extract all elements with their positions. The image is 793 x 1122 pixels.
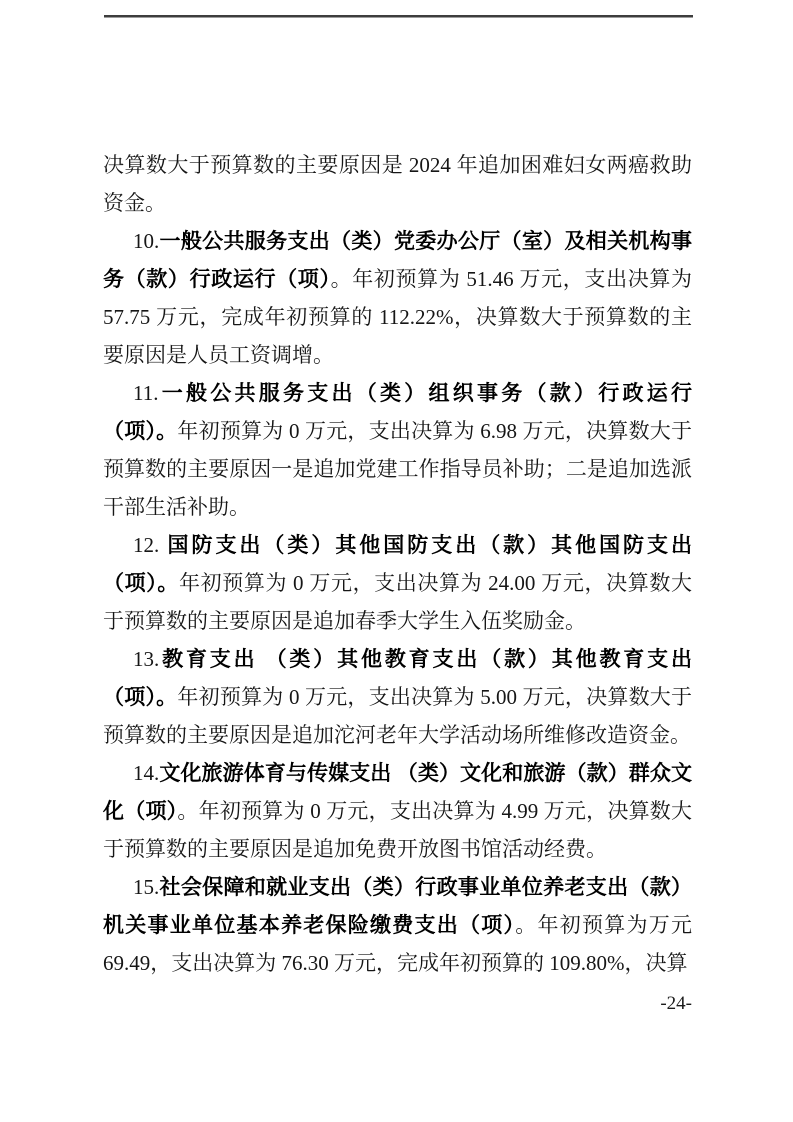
paragraph: 决算数大于预算数的主要原因是 2024 年追加困难妇女两癌救助资金。: [103, 146, 692, 222]
paragraph: 14.文化旅游体育与传媒支出 （类）文化和旅游（款）群众文化（项）。年初预算为 …: [103, 754, 692, 868]
paragraph: 13.教育支出 （类）其他教育支出（款）其他教育支出（项）。年初预算为 0 万元…: [103, 640, 692, 754]
body-run: 。年初预算为 0 万元，支出决算为 4.99 万元，决算数大于预算数的主要原因是…: [103, 799, 692, 861]
paragraph: 12. 国防支出（类）其他国防支出（款）其他国防支出（项）。年初预算为 0 万元…: [103, 526, 692, 640]
document-body: 决算数大于预算数的主要原因是 2024 年追加困难妇女两癌救助资金。10.一般公…: [103, 146, 692, 982]
body-run: 年初预算为 0 万元，支出决算为 24.00 万元，决算数大于预算数的主要原因是…: [103, 571, 692, 633]
body-run: 11.: [133, 381, 158, 405]
header-rule: [104, 15, 693, 18]
paragraph: 15.社会保障和就业支出（类）行政事业单位养老支出（款）机关事业单位基本养老保险…: [103, 868, 692, 982]
body-run: 年初预算为 0 万元，支出决算为 5.00 万元，决算数大于预算数的主要原因是追…: [103, 685, 692, 747]
body-run: 10.: [133, 229, 159, 253]
document-page: 决算数大于预算数的主要原因是 2024 年追加困难妇女两癌救助资金。10.一般公…: [0, 0, 793, 1122]
body-run: 年初预算为 0 万元，支出决算为 6.98 万元，决算数大于预算数的主要原因一是…: [103, 419, 692, 519]
page-number: -24-: [103, 992, 692, 1016]
body-run: 15.: [133, 875, 159, 899]
body-run: 决算数大于预算数的主要原因是 2024 年追加困难妇女两癌救助资金。: [103, 153, 692, 215]
body-run: 14.: [133, 761, 159, 785]
paragraph: 11.一般公共服务支出（类）组织事务（款）行政运行（项）。年初预算为 0 万元，…: [103, 374, 692, 526]
body-run: 13.: [133, 647, 159, 671]
paragraph: 10.一般公共服务支出（类）党委办公厅（室）及相关机构事务（款）行政运行（项）。…: [103, 222, 692, 374]
body-run: 12.: [133, 533, 167, 557]
